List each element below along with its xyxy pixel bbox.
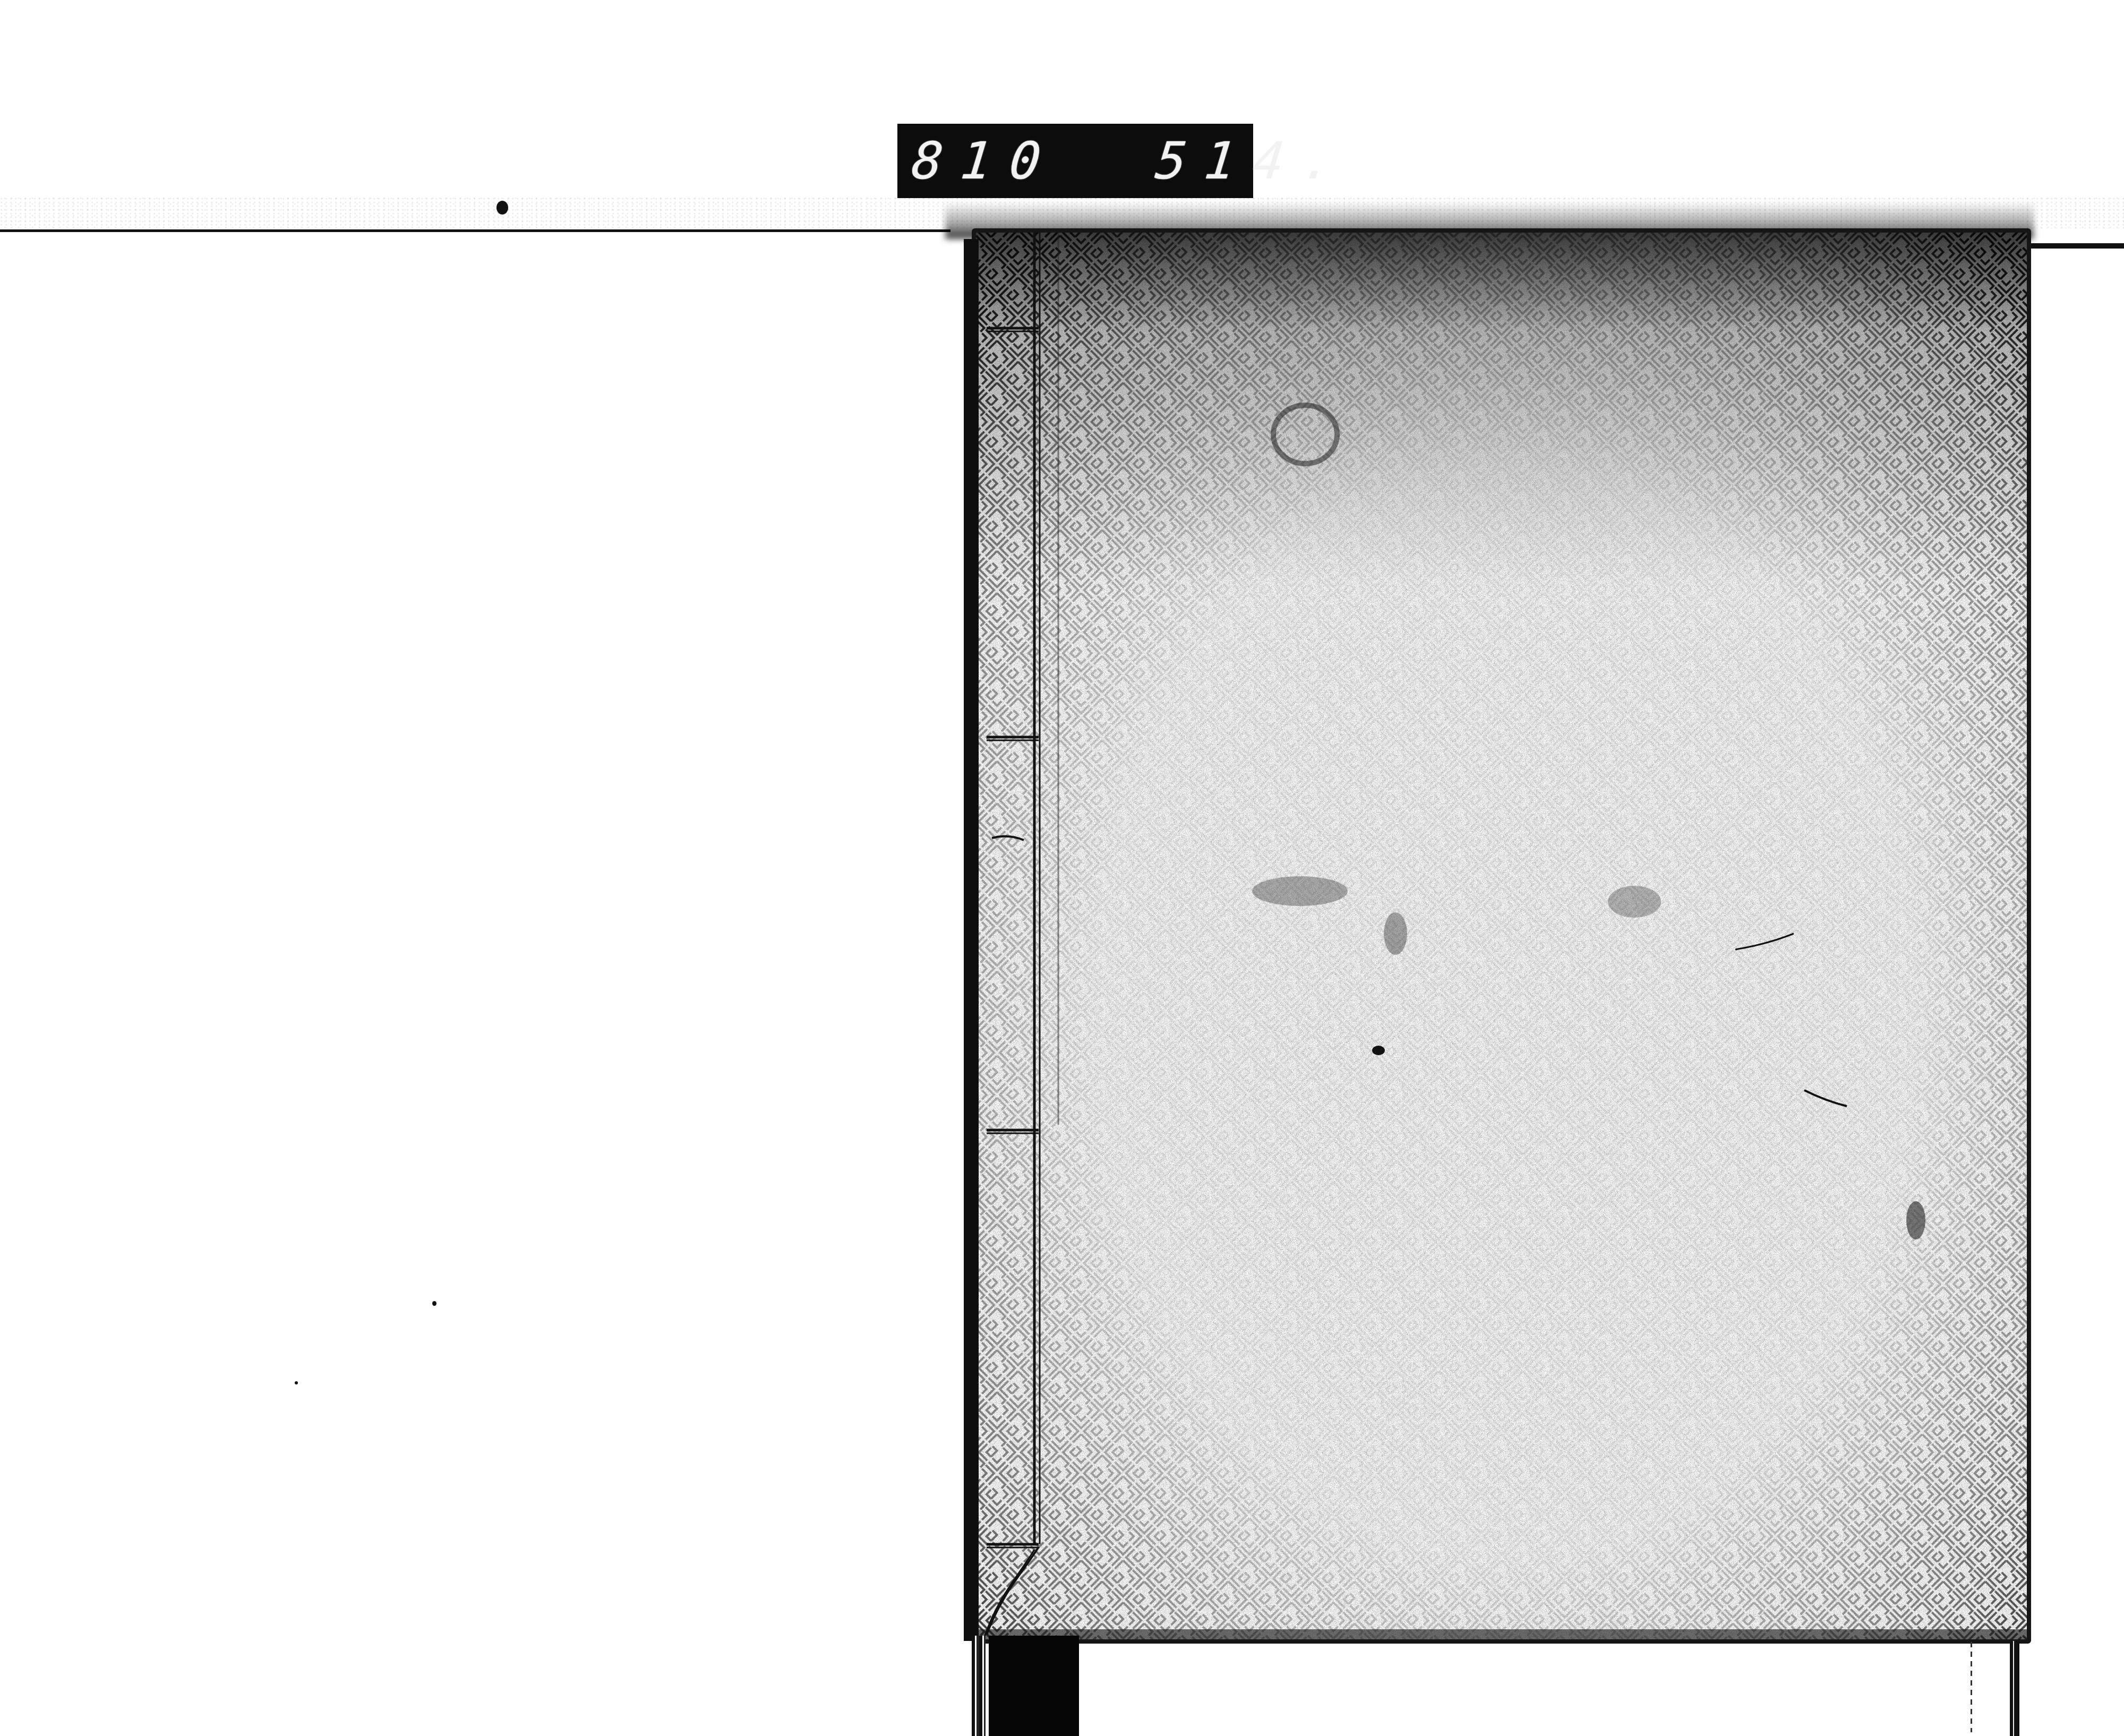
cover-surface xyxy=(972,228,2031,1644)
table-edge-line-left xyxy=(0,229,950,232)
book-cover xyxy=(972,228,2031,1644)
support-line xyxy=(1971,1642,1972,1732)
support-edge xyxy=(2010,1641,2019,1736)
ink-speck xyxy=(432,1301,436,1306)
ink-speck xyxy=(295,1381,298,1384)
book-spine-edge xyxy=(964,239,979,1641)
call-number-label: 810 514. xyxy=(897,124,1253,198)
ink-speck xyxy=(496,201,508,215)
scan-page: 810 514. xyxy=(0,0,2124,1736)
call-number-text: 810 514. xyxy=(910,135,1354,186)
dark-backing-block xyxy=(989,1636,1079,1736)
cover-texture xyxy=(976,233,2031,1644)
binding-thread-end xyxy=(972,1636,986,1736)
table-edge-line-right xyxy=(2031,243,2124,249)
